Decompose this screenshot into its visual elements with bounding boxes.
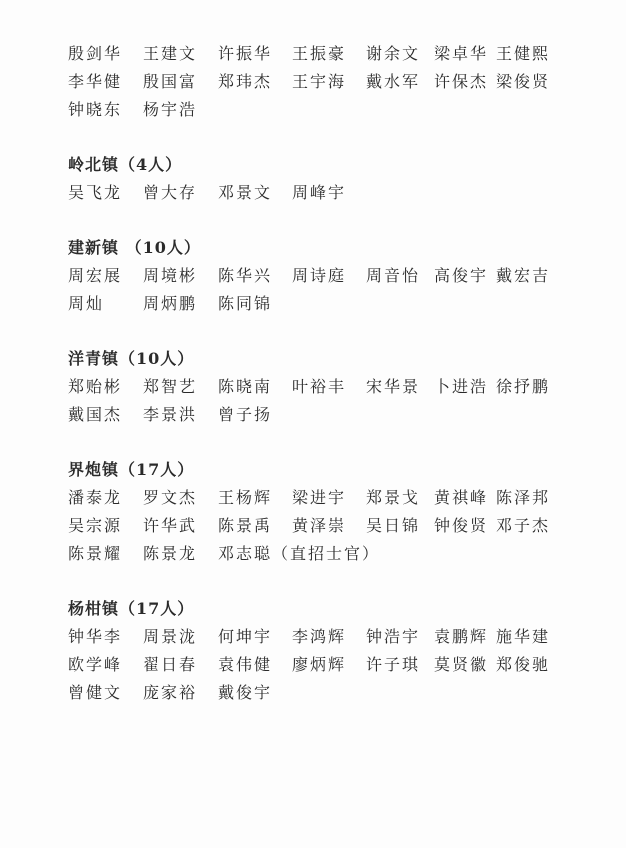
person-name: 邓景文 — [218, 179, 272, 207]
person-name: 高俊宇 — [434, 262, 488, 290]
person-name: 周宏展 — [68, 262, 122, 290]
person-name: 杨宇浩 — [143, 96, 197, 124]
person-name: 李华健 — [68, 68, 122, 96]
person-name: 陈景耀 — [68, 540, 122, 568]
town-heading: 杨柑镇（17人） — [68, 595, 568, 623]
town-section: 岭北镇（4人）吴飞龙曾大存邓景文周峰宇 — [68, 151, 568, 207]
person-name: 梁进宇 — [292, 484, 346, 512]
person-name: 陈华兴 — [218, 262, 272, 290]
person-name: 戴俊宇 — [218, 679, 272, 707]
person-name: 庞家裕 — [143, 679, 197, 707]
section-spacer — [68, 429, 568, 456]
person-name: 周音怡 — [366, 262, 420, 290]
person-name: 黄泽崇 — [292, 512, 346, 540]
section-spacer — [68, 124, 568, 151]
person-name: 何坤宇 — [218, 623, 272, 651]
person-name: 殷国富 — [143, 68, 197, 96]
person-name: 曾健文 — [68, 679, 122, 707]
person-name: 王宇海 — [292, 68, 346, 96]
person-name: 莫贤徽 — [434, 651, 488, 679]
person-name: 徐抒鹏 — [496, 373, 550, 401]
section-spacer — [68, 568, 568, 595]
person-name: 翟日春 — [143, 651, 197, 679]
person-name: 王杨辉 — [218, 484, 272, 512]
name-row: 殷剑华王建文许振华王振豪谢余文梁卓华王健熙 — [68, 40, 568, 68]
person-name: 吴宗源 — [68, 512, 122, 540]
person-name: 梁卓华 — [434, 40, 488, 68]
name-row: 潘泰龙罗文杰王杨辉梁进宇郑景戈黄祺峰陈泽邦 — [68, 484, 568, 512]
person-name: 廖炳辉 — [292, 651, 346, 679]
person-name: 邓子杰 — [496, 512, 550, 540]
town-section: 界炮镇（17人）潘泰龙罗文杰王杨辉梁进宇郑景戈黄祺峰陈泽邦吴宗源许华武陈景禹黄泽… — [68, 456, 568, 568]
person-name: 周炳鹏 — [143, 290, 197, 318]
person-name: 谢余文 — [366, 40, 420, 68]
person-name: 殷剑华 — [68, 40, 122, 68]
person-name: 郑智艺 — [143, 373, 197, 401]
town-heading: 岭北镇（4人） — [68, 151, 568, 179]
person-name: 李景洪 — [143, 401, 197, 429]
person-name: 陈同锦 — [218, 290, 272, 318]
person-name: 郑贻彬 — [68, 373, 122, 401]
person-name: 曾大存 — [143, 179, 197, 207]
name-row: 吴飞龙曾大存邓景文周峰宇 — [68, 179, 568, 207]
person-name: 施华建 — [496, 623, 550, 651]
person-name: 许子琪 — [366, 651, 420, 679]
town-section: 杨柑镇（17人）钟华李周景泷何坤宇李鸿辉钟浩宇袁鹏辉施华建欧学峰翟日春袁伟健廖炳… — [68, 595, 568, 707]
person-name: 戴宏吉 — [496, 262, 550, 290]
person-name: 罗文杰 — [143, 484, 197, 512]
person-name: 叶裕丰 — [292, 373, 346, 401]
person-name: 欧学峰 — [68, 651, 122, 679]
section-spacer — [68, 207, 568, 234]
person-name: 周诗庭 — [292, 262, 346, 290]
name-row: 周宏展周境彬陈华兴周诗庭周音怡高俊宇戴宏吉 — [68, 262, 568, 290]
person-name: 卜进浩 — [434, 373, 488, 401]
person-name: 邓志聪（直招士官） — [218, 540, 380, 568]
person-name: 钟俊贤 — [434, 512, 488, 540]
person-name: 钟华李 — [68, 623, 122, 651]
person-name: 周峰宇 — [292, 179, 346, 207]
person-name: 周境彬 — [143, 262, 197, 290]
person-name: 王建文 — [143, 40, 197, 68]
person-name: 陈泽邦 — [496, 484, 550, 512]
name-row: 欧学峰翟日春袁伟健廖炳辉许子琪莫贤徽郑俊驰 — [68, 651, 568, 679]
person-name: 曾子扬 — [218, 401, 272, 429]
town-heading: 界炮镇（17人） — [68, 456, 568, 484]
person-name: 陈晓南 — [218, 373, 272, 401]
town-section: 建新镇 （10人）周宏展周境彬陈华兴周诗庭周音怡高俊宇戴宏吉周灿周炳鹏陈同锦 — [68, 234, 568, 318]
person-name: 王振豪 — [292, 40, 346, 68]
name-row: 吴宗源许华武陈景禹黄泽崇吴日锦钟俊贤邓子杰 — [68, 512, 568, 540]
person-name: 王健熙 — [496, 40, 550, 68]
person-name: 郑玮杰 — [218, 68, 272, 96]
person-name: 袁伟健 — [218, 651, 272, 679]
town-heading: 洋青镇（10人） — [68, 345, 568, 373]
person-name: 戴水军 — [366, 68, 420, 96]
person-name: 潘泰龙 — [68, 484, 122, 512]
name-row: 周灿周炳鹏陈同锦 — [68, 290, 568, 318]
continued-list: 殷剑华王建文许振华王振豪谢余文梁卓华王健熙李华健殷国富郑玮杰王宇海戴水军许保杰梁… — [68, 40, 568, 124]
person-name: 许振华 — [218, 40, 272, 68]
person-name: 郑俊驰 — [496, 651, 550, 679]
name-row: 钟晓东杨宇浩 — [68, 96, 568, 124]
name-row: 陈景耀陈景龙邓志聪（直招士官） — [68, 540, 568, 568]
person-name: 李鸿辉 — [292, 623, 346, 651]
name-row: 李华健殷国富郑玮杰王宇海戴水军许保杰梁俊贤 — [68, 68, 568, 96]
person-name: 周景泷 — [143, 623, 197, 651]
name-row: 戴国杰李景洪曾子扬 — [68, 401, 568, 429]
name-row: 钟华李周景泷何坤宇李鸿辉钟浩宇袁鹏辉施华建 — [68, 623, 568, 651]
section-spacer — [68, 318, 568, 345]
person-name: 陈景禹 — [218, 512, 272, 540]
person-name: 宋华景 — [366, 373, 420, 401]
town-section: 洋青镇（10人）郑贻彬郑智艺陈晓南叶裕丰宋华景卜进浩徐抒鹏戴国杰李景洪曾子扬 — [68, 345, 568, 429]
person-name: 周灿 — [68, 290, 104, 318]
person-name: 梁俊贤 — [496, 68, 550, 96]
name-row: 曾健文庞家裕戴俊宇 — [68, 679, 568, 707]
person-name: 戴国杰 — [68, 401, 122, 429]
person-name: 陈景龙 — [143, 540, 197, 568]
name-row: 郑贻彬郑智艺陈晓南叶裕丰宋华景卜进浩徐抒鹏 — [68, 373, 568, 401]
person-name: 黄祺峰 — [434, 484, 488, 512]
person-name: 钟晓东 — [68, 96, 122, 124]
name-list-page: 殷剑华王建文许振华王振豪谢余文梁卓华王健熙李华健殷国富郑玮杰王宇海戴水军许保杰梁… — [68, 40, 568, 707]
person-name: 吴飞龙 — [68, 179, 122, 207]
town-heading: 建新镇 （10人） — [68, 234, 568, 262]
person-name: 许保杰 — [434, 68, 488, 96]
person-name: 郑景戈 — [366, 484, 420, 512]
person-name: 钟浩宇 — [366, 623, 420, 651]
person-name: 袁鹏辉 — [434, 623, 488, 651]
person-name: 吴日锦 — [366, 512, 420, 540]
person-name: 许华武 — [143, 512, 197, 540]
